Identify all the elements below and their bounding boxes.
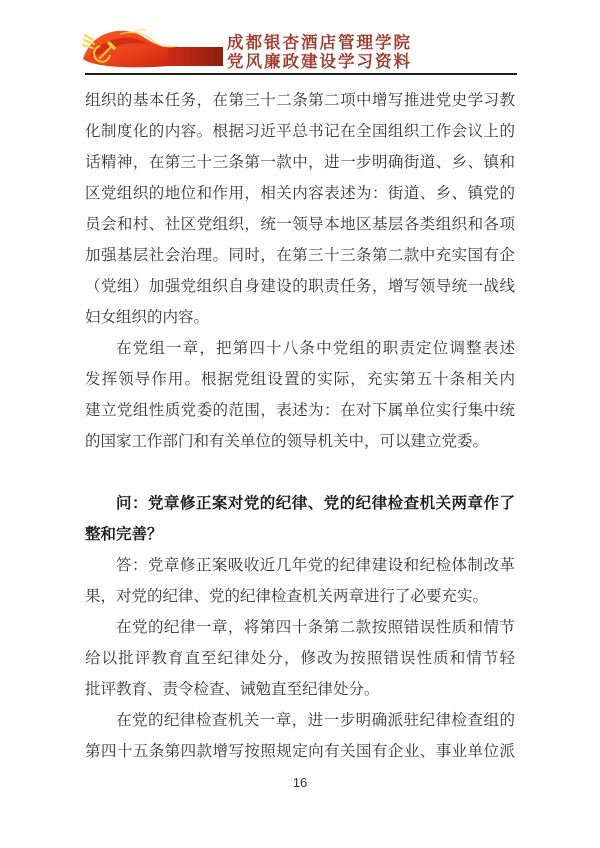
text-line: 妇女组织的内容。 (85, 302, 515, 333)
text-line: 的国家工作部门和有关单位的领导机关中，可以建立党委。 (85, 426, 515, 457)
text-line: 批评教育、责令检查、诫勉直至纪律处分。 (85, 674, 515, 705)
text-line: 员会和村、社区党组织，统一领导本地区基层各类组织和各项工作， (85, 209, 515, 240)
document-body: 组织的基本任务，在第三十二条第二项中增写推进党史学习教育常态化制度化的内容。根据… (85, 85, 515, 767)
text-line: （党组）加强党组织自身建设的职责任务，增写领导统一战线工作和 (85, 271, 515, 302)
text-line: 区党组织的地位和作用，相关内容表述为：街道、乡、镇党的基层委 (85, 178, 515, 209)
text-line: 第四十五条第四款增写按照规定向有关国有企业、事业单位派驻党的 (85, 736, 515, 767)
text-line: 果，对党的纪律、党的纪律检查机关两章进行了必要充实。 (85, 581, 515, 612)
text-line: 答：党章修正案吸收近几年党的纪律建设和纪检体制改革的新成 (85, 550, 515, 581)
header-divider (85, 73, 517, 75)
text-line: 组织的基本任务，在第三十二条第二项中增写推进党史学习教育常态 (85, 85, 515, 116)
text-line: 在党组一章，把第四十八条中党组的职责定位调整表述为：党组 (85, 333, 515, 364)
text-line: 话精神，在第三十三条第一款中，进一步明确街道、乡、镇和村、社 (85, 147, 515, 178)
text-line: 发挥领导作用。根据党组设置的实际，充实第五十条相关内容，明确 (85, 364, 515, 395)
blank-line (85, 457, 515, 488)
text-line: 在党的纪律检查机关一章，进一步明确派驻纪律检查组的范围， (85, 705, 515, 736)
text-line: 问：党章修正案对党的纪律、党的纪律检查机关两章作了哪些调 (85, 488, 515, 519)
text-line: 给以批评教育直至纪律处分，修改为按照错误性质和情节轻重，给以 (85, 643, 515, 674)
text-line: 在党的纪律一章，将第四十条第二款按照错误性质和情节轻重， (85, 612, 515, 643)
document-page: 成都银杏酒店管理学院 党风廉政建设学习资料 组织的基本任务，在第三十二条第二项中… (0, 0, 600, 848)
text-line: 整和完善？ (85, 519, 515, 550)
header-title-block: 成都银杏酒店管理学院 党风廉政建设学习资料 (227, 33, 412, 71)
text-line: 建立党组性质党委的范围，表述为：在对下属单位实行集中统一领导 (85, 395, 515, 426)
header-doc-title: 党风廉政建设学习资料 (227, 52, 412, 71)
header-school-name: 成都银杏酒店管理学院 (227, 33, 412, 52)
page-footer: 16 (85, 775, 515, 790)
text-line: 化制度化的内容。根据习近平总书记在全国组织工作会议上的重要讲 (85, 116, 515, 147)
page-number: 16 (293, 775, 307, 790)
party-flame-logo-icon (80, 28, 223, 70)
text-line: 加强基层社会治理。同时，在第三十三条第二款中充实国有企业党委 (85, 240, 515, 271)
